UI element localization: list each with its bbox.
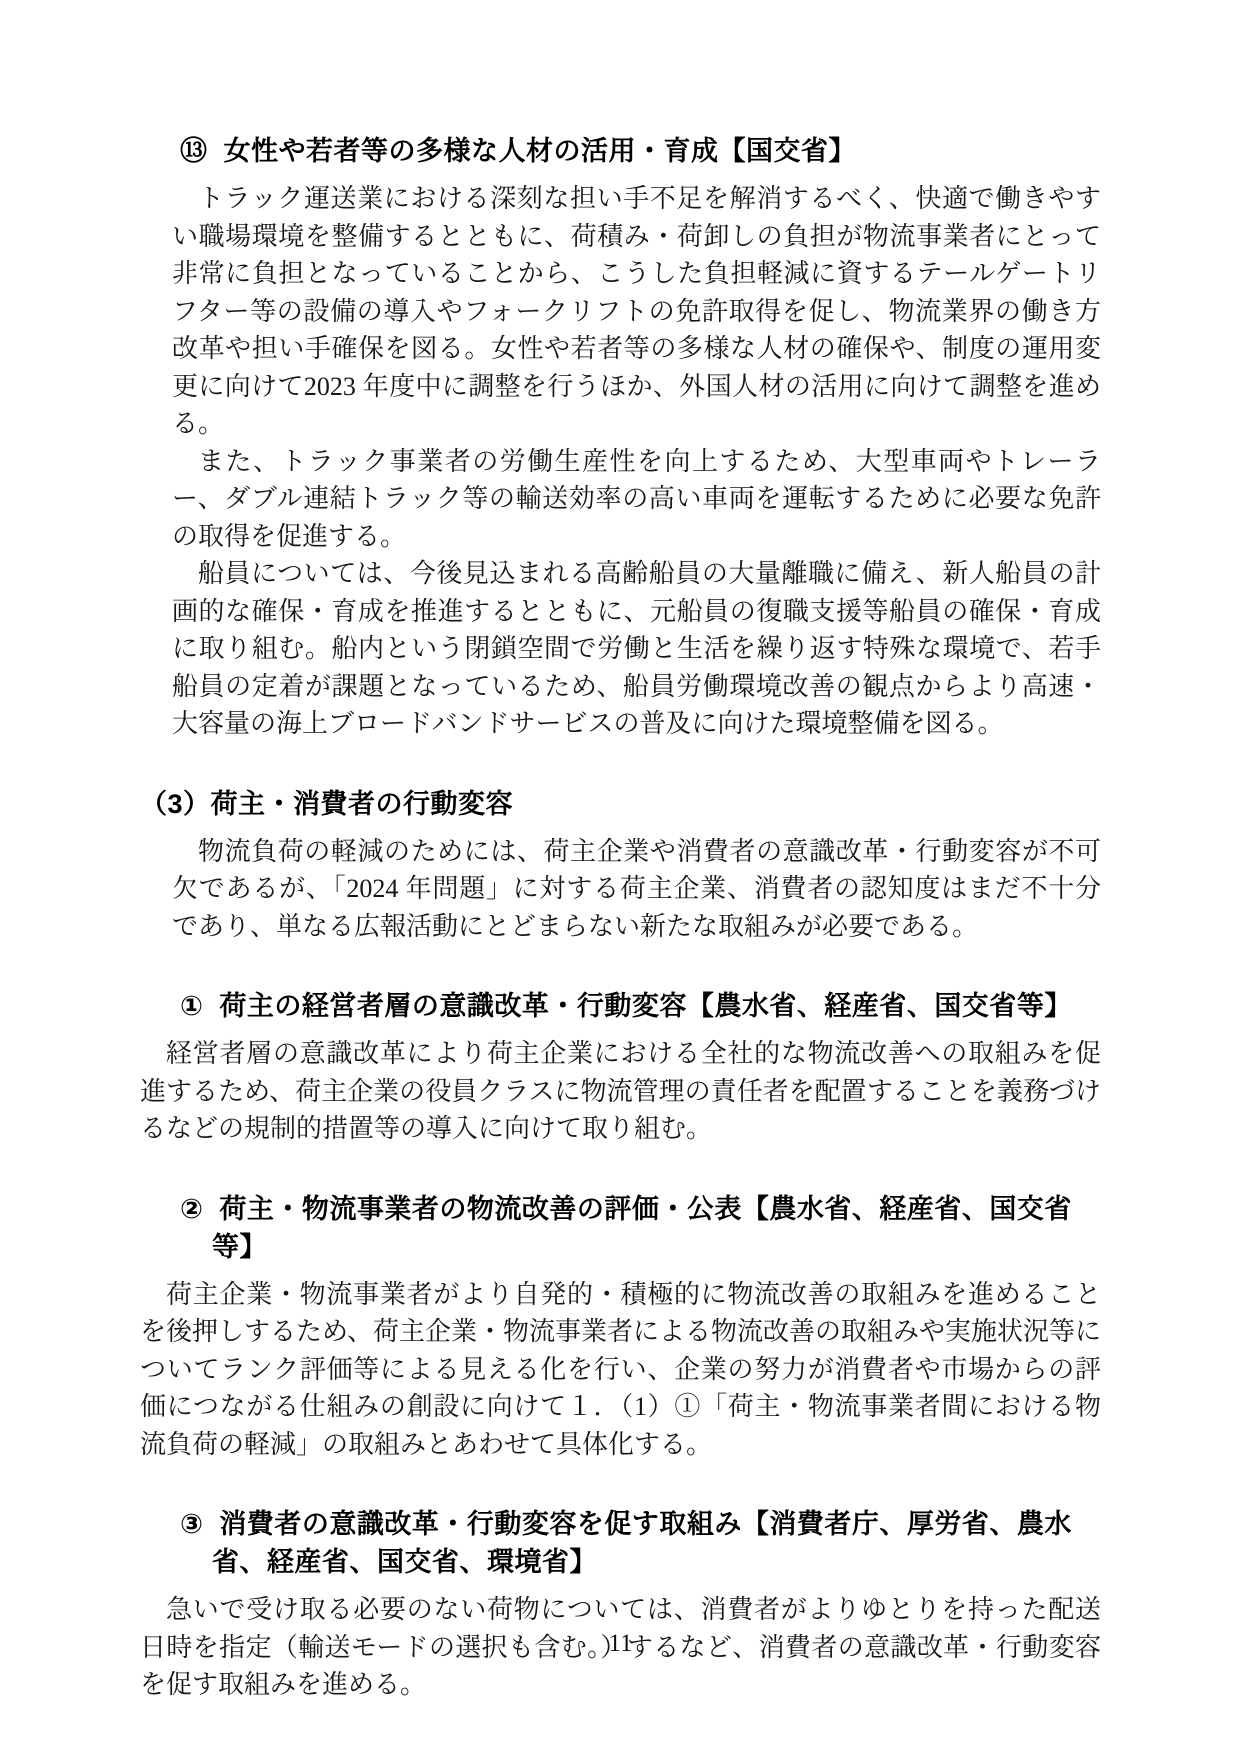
section-3-item-2: ②荷主・物流事業者の物流改善の評価・公表【農水省、経産省、国交省等】 荷主企業・…	[140, 1190, 1101, 1464]
section-13-number: ⑬	[180, 136, 208, 166]
section-3-intro: 物流負荷の軽減のためには、荷主企業や消費者の意識改革・行動変容が不可欠であるが、…	[172, 833, 1101, 946]
section-13-heading: ⑬女性や若者等の多様な人材の活用・育成【国交省】	[140, 132, 1101, 170]
document-page: ⑬女性や若者等の多様な人材の活用・育成【国交省】 トラック運送業における深刻な担…	[0, 0, 1241, 1754]
item-1-body: 経営者層の意識改革により荷主企業における全社的な物流改善への取組みを促進するため…	[140, 1035, 1101, 1148]
item-1-number: ①	[180, 991, 203, 1021]
page-number: 11	[0, 1630, 1241, 1658]
section-13: ⑬女性や若者等の多様な人材の活用・育成【国交省】 トラック運送業における深刻な担…	[140, 132, 1101, 743]
item-1-title: 荷主の経営者層の意識改革・行動変容【農水省、経産省、国交省等】	[219, 991, 1072, 1021]
item-2-number: ②	[180, 1194, 203, 1224]
section-13-paragraph-3: 船員については、今後見込まれる高齢船員の大量離職に備え、新人船員の計画的な確保・…	[172, 555, 1101, 743]
section-13-title: 女性や若者等の多様な人材の活用・育成【国交省】	[224, 136, 857, 166]
section-13-paragraph-2: また、トラック事業者の労働生産性を向上するため、大型車両やトレーラー、ダブル連結…	[172, 443, 1101, 556]
item-2-body: 荷主企業・物流事業者がより自発的・積極的に物流改善の取組みを進めることを後押しす…	[140, 1276, 1101, 1464]
item-3-number: ③	[180, 1509, 203, 1539]
section-3-item-3: ③消費者の意識改革・行動変容を促す取組み【消費者庁、厚労省、農水省、経産省、国交…	[140, 1505, 1101, 1704]
section-3: （3）荷主・消費者の行動変容 物流負荷の軽減のためには、荷主企業や消費者の意識改…	[140, 785, 1101, 1704]
section-13-paragraph-1: トラック運送業における深刻な担い手不足を解消するべく、快適で働きやすい職場環境を…	[172, 180, 1101, 443]
item-2-heading: ②荷主・物流事業者の物流改善の評価・公表【農水省、経産省、国交省等】	[140, 1190, 1101, 1266]
section-3-heading: （3）荷主・消費者の行動変容	[140, 785, 1101, 823]
item-3-title: 消費者の意識改革・行動変容を促す取組み【消費者庁、厚労省、農水省、経産省、国交省…	[212, 1509, 1072, 1577]
section-3-item-1: ①荷主の経営者層の意識改革・行動変容【農水省、経産省、国交省等】 経営者層の意識…	[140, 987, 1101, 1148]
item-1-heading: ①荷主の経営者層の意識改革・行動変容【農水省、経産省、国交省等】	[140, 987, 1101, 1025]
item-2-title: 荷主・物流事業者の物流改善の評価・公表【農水省、経産省、国交省等】	[212, 1194, 1072, 1262]
item-3-heading: ③消費者の意識改革・行動変容を促す取組み【消費者庁、厚労省、農水省、経産省、国交…	[140, 1505, 1101, 1581]
